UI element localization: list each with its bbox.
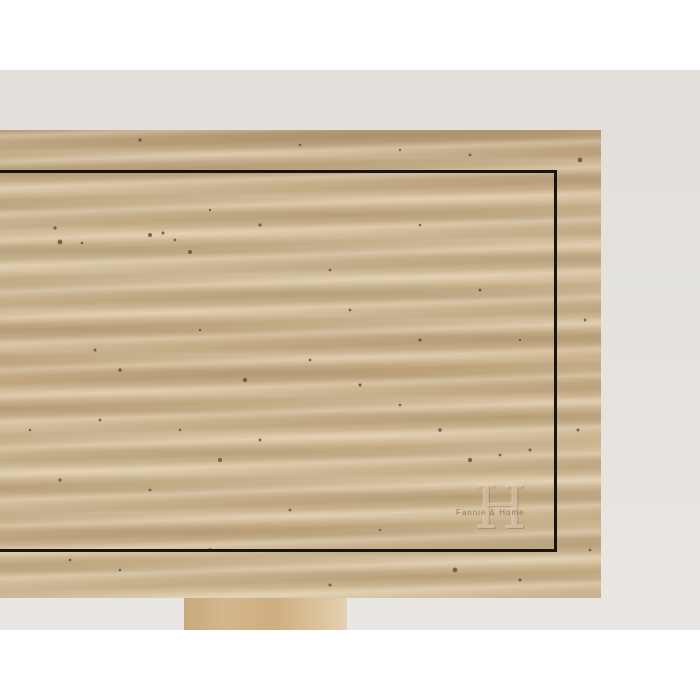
wordmark: Fannie & Home bbox=[456, 508, 525, 517]
brand-watermark: H Fannie & Home bbox=[462, 476, 542, 546]
table-leg bbox=[184, 596, 347, 630]
